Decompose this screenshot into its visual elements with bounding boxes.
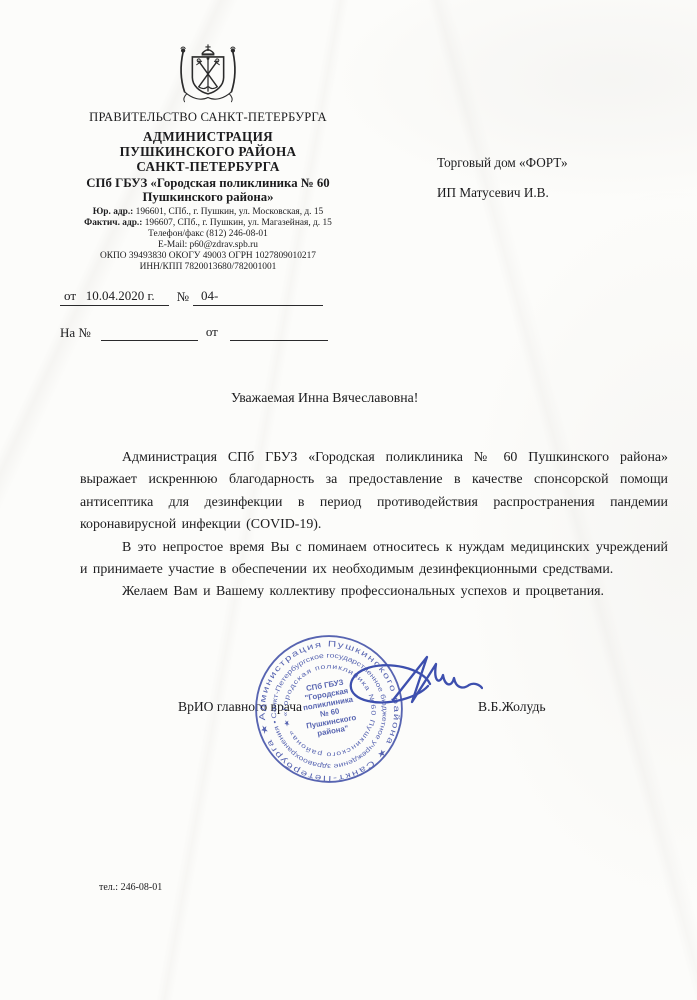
signer-name: В.Б.Жолудь bbox=[478, 699, 546, 715]
spb-coat-of-arms-icon bbox=[165, 42, 251, 106]
organization-line: СПб ГБУЗ «Городская поликлиника № 60 bbox=[58, 176, 358, 191]
email-line: E-Mail: p60@zdrav.spb.ru bbox=[58, 240, 358, 251]
letter-page: ПРАВИТЕЛЬСТВО САНКТ-ПЕТЕРБУРГА АДМИНИСТР… bbox=[0, 0, 697, 1000]
salutation: Уважаемая Инна Вячеславовна! bbox=[231, 390, 418, 406]
incoming-row: На № от bbox=[60, 321, 370, 341]
outgoing-row: от 10.04.2020 г. № 04- bbox=[60, 286, 370, 306]
contact-block: Юр. адр.: 196601, СПб., г. Пушкин, ул. М… bbox=[58, 207, 358, 272]
organization-name: СПб ГБУЗ «Городская поликлиника № 60 Пуш… bbox=[58, 176, 358, 206]
actual-address: Фактич. адр.: 196607, СПб., г. Пушкин, у… bbox=[58, 218, 358, 229]
codes-line: ОКПО 39493830 ОКОГУ 49003 ОГРН 102780901… bbox=[58, 251, 358, 262]
administration-line: САНКТ-ПЕТЕРБУРГА bbox=[58, 159, 358, 174]
body-paragraph: В это непростое время Вы с поминаем отно… bbox=[80, 537, 668, 582]
recipient-block: Торговый дом «ФОРТ» ИП Матусевич И.В. bbox=[437, 155, 568, 215]
administration-block: АДМИНИСТРАЦИЯ ПУШКИНСКОГО РАЙОНА САНКТ-П… bbox=[58, 129, 358, 175]
organization-line: Пушкинского района» bbox=[58, 190, 358, 205]
reply-date-blank bbox=[230, 324, 328, 341]
footer-phone: тел.: 246-08-01 bbox=[99, 882, 162, 893]
number-label: № bbox=[169, 289, 193, 306]
reply-label: На № bbox=[60, 325, 91, 341]
body-paragraph: Желаем Вам и Вашему коллективу профессио… bbox=[80, 581, 668, 603]
outgoing-date: от 10.04.2020 г. bbox=[60, 288, 169, 306]
letter-body: Администрация СПб ГБУЗ «Городская поликл… bbox=[80, 447, 668, 604]
phone-line: Телефон/факс (812) 246-08-01 bbox=[58, 229, 358, 240]
legal-address: Юр. адр.: 196601, СПб., г. Пушкин, ул. М… bbox=[58, 207, 358, 218]
body-paragraph: Администрация СПб ГБУЗ «Городская поликл… bbox=[80, 447, 668, 537]
reply-from-label: от bbox=[198, 324, 222, 341]
administration-line: ПУШКИНСКОГО РАЙОНА bbox=[58, 144, 358, 159]
handwritten-signature bbox=[333, 648, 483, 748]
administration-line: АДМИНИСТРАЦИЯ bbox=[58, 129, 358, 144]
recipient-person: ИП Матусевич И.В. bbox=[437, 185, 568, 201]
inn-line: ИНН/КПП 7820013680/782001001 bbox=[58, 262, 358, 273]
letterhead: ПРАВИТЕЛЬСТВО САНКТ-ПЕТЕРБУРГА АДМИНИСТР… bbox=[58, 42, 358, 273]
government-line: ПРАВИТЕЛЬСТВО САНКТ-ПЕТЕРБУРГА bbox=[58, 110, 358, 125]
outgoing-number: 04- bbox=[193, 288, 323, 306]
reply-number-blank bbox=[101, 324, 198, 341]
recipient-organization: Торговый дом «ФОРТ» bbox=[437, 155, 568, 171]
reference-block: от 10.04.2020 г. № 04- На № от bbox=[60, 286, 370, 341]
